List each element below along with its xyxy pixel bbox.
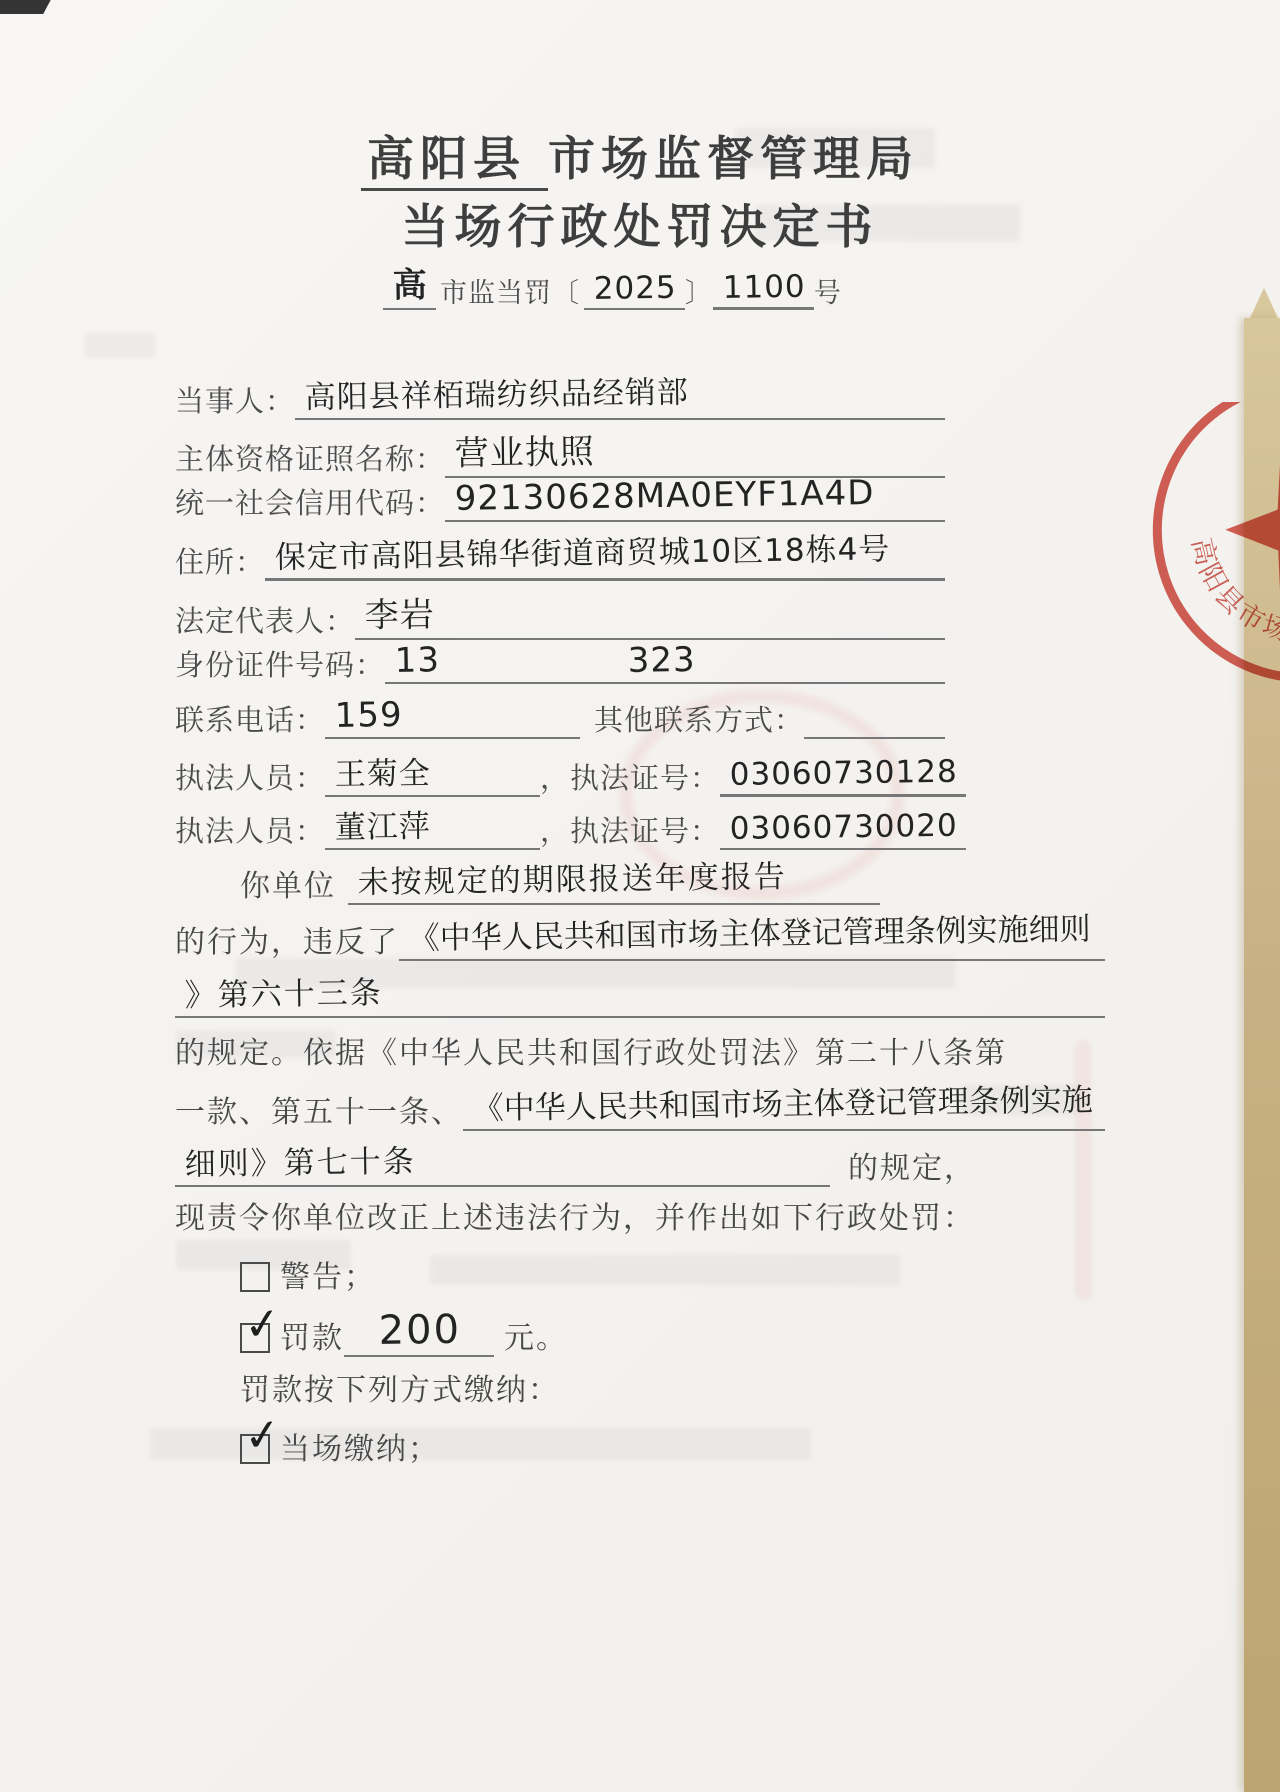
field-license-value: 营业执照 bbox=[444, 424, 603, 476]
field-address-label: 住所： bbox=[175, 540, 265, 581]
fine-amount: 200 bbox=[368, 1307, 469, 1355]
basis-line1: 的规定。依据《中华人民共和国行政处罚法》第二十八条第 bbox=[175, 1028, 1105, 1072]
payment-option-on-spot: ✓ 当场缴纳； bbox=[240, 1424, 440, 1468]
order-line: 现责令你单位改正上述违法行为，并作出如下行政处罚： bbox=[175, 1193, 1105, 1237]
violation-act: 未按规定的期限报送年度报告 bbox=[347, 851, 795, 903]
scanned-penalty-decision-document: 高阳县市场监督管理局 当场行政处罚决定书 高 市监当罚〔 2025 〕 1100… bbox=[0, 0, 1280, 1792]
field-party: 当事人： 高阳县祥栢瑞纺织品经销部 bbox=[175, 372, 945, 420]
field-id-number-part2: 323 bbox=[618, 640, 704, 682]
warning-label: 警告； bbox=[280, 1252, 376, 1296]
issuer-county-underlined: 高阳县 bbox=[361, 134, 548, 191]
pay-on-spot-label: 当场缴纳； bbox=[280, 1424, 440, 1468]
violated-law-hand2: 》第六十三条 bbox=[174, 967, 391, 1016]
field-officer-2: 执法人员： 董江萍 ， 执法证号： 03060730020 bbox=[175, 802, 945, 850]
doc-no-year: 2025 bbox=[583, 270, 684, 308]
basis-line2-printed: 一款、第五十一条、 bbox=[175, 1087, 463, 1131]
doc-no-serial: 1100 bbox=[712, 269, 813, 307]
field-id-number: 身份证件号码： 13 323 bbox=[175, 641, 945, 684]
officer2-name: 董江萍 bbox=[324, 800, 439, 848]
bleed-through-smudge bbox=[85, 332, 155, 358]
check-mark-icon: ✓ bbox=[242, 1412, 285, 1460]
basis-line2-hand: 《中华人民共和国市场主体登记管理条例实施 bbox=[462, 1074, 1101, 1129]
officer1-label: 执法人员： bbox=[175, 756, 325, 797]
field-phone-label: 联系电话： bbox=[175, 698, 325, 739]
field-phone-value: 159 bbox=[324, 695, 410, 737]
field-party-label: 当事人： bbox=[175, 379, 295, 420]
payment-intro-text: 罚款按下列方式缴纳： bbox=[240, 1365, 560, 1409]
payment-intro-line: 罚款按下列方式缴纳： bbox=[240, 1365, 560, 1409]
field-party-value: 高阳县祥栢瑞纺织品经销部 bbox=[294, 366, 697, 418]
fine-unit: 元。 bbox=[504, 1313, 568, 1357]
violated-law-line1: 的行为，违反了 《中华人民共和国市场主体登记管理条例实施细则 bbox=[175, 913, 1105, 961]
field-credit-code-value: 92130628MA0EYF1A4D bbox=[444, 473, 882, 520]
violated-prefix: 的行为，违反了 bbox=[175, 917, 399, 961]
doc-no-hand-prefix: 高 bbox=[382, 257, 436, 308]
violation-intro-line: 你单位 未按规定的期限报送年度报告 bbox=[240, 857, 880, 905]
field-address-value: 保定市高阳县锦华街道商贸城10区18栋4号 bbox=[264, 523, 898, 578]
field-other-contact-value bbox=[804, 736, 822, 737]
document-issuer-title: 高阳县市场监督管理局 bbox=[0, 122, 1280, 189]
officer1-cert-no: 03060730128 bbox=[720, 754, 966, 794]
field-address: 住所： 保定市高阳县锦华街道商贸城10区18栋4号 bbox=[175, 532, 945, 581]
officer2-separator: ， bbox=[540, 809, 570, 850]
unit-intro: 你单位 bbox=[240, 861, 336, 905]
doc-no-suffix: 号 bbox=[814, 271, 842, 310]
field-legal-rep-value: 李岩 bbox=[354, 587, 443, 638]
fine-checkbox: ✓ bbox=[240, 1323, 270, 1353]
doc-no-prefix: 市监当罚〔 bbox=[436, 271, 584, 310]
field-officer-1: 执法人员： 王菊全 ， 执法证号： 03060730128 bbox=[175, 749, 945, 797]
warning-checkbox bbox=[240, 1262, 270, 1292]
field-legal-rep-label: 法定代表人： bbox=[175, 599, 355, 640]
penalty-option-warning: 警告； bbox=[240, 1252, 376, 1296]
field-id-number-label: 身份证件号码： bbox=[175, 643, 385, 684]
field-license-label: 主体资格证照名称： bbox=[175, 437, 445, 478]
pay-on-spot-checkbox: ✓ bbox=[240, 1434, 270, 1464]
page-edge-shadow-tip bbox=[1248, 288, 1280, 322]
document-type-title: 当场行政处罚决定书 bbox=[0, 190, 1280, 257]
officer2-label: 执法人员： bbox=[175, 809, 325, 850]
scan-corner-mark bbox=[0, 0, 53, 14]
order-line-text: 现责令你单位改正上述违法行为，并作出如下行政处罚： bbox=[175, 1193, 975, 1237]
officer1-name: 王菊全 bbox=[324, 747, 439, 795]
field-legal-rep: 法定代表人： 李岩 bbox=[175, 588, 945, 640]
field-id-number-part1: 13 bbox=[384, 640, 448, 682]
violated-law-line2: 》第六十三条 bbox=[175, 970, 1105, 1018]
official-red-seal: 高阳县市场监督管理局 bbox=[1112, 402, 1280, 754]
basis-suffix: 的规定， bbox=[848, 1143, 976, 1187]
field-license-name: 主体资格证照名称： 营业执照 bbox=[175, 426, 945, 478]
basis-line1-text: 的规定。依据《中华人民共和国行政处罚法》第二十八条第 bbox=[175, 1028, 1007, 1072]
bleed-through-smudge bbox=[430, 1255, 900, 1285]
officer2-cert-no: 03060730020 bbox=[720, 808, 966, 848]
officer1-separator: ， bbox=[540, 756, 570, 797]
officer1-cert-label: 执法证号： bbox=[570, 756, 720, 797]
field-phone: 联系电话： 159 其他联系方式： bbox=[175, 696, 945, 739]
check-mark-icon: ✓ bbox=[242, 1301, 285, 1349]
penalty-option-fine: ✓ 罚款 200 元。 bbox=[240, 1308, 568, 1357]
officer2-cert-label: 执法证号： bbox=[570, 809, 720, 850]
seal-authority-text: 高阳县市场监督管理局 bbox=[1112, 402, 1280, 710]
field-credit-code: 统一社会信用代码： 92130628MA0EYF1A4D bbox=[175, 479, 945, 522]
document-number-line: 高 市监当罚〔 2025 〕 1100 号 bbox=[383, 258, 842, 310]
basis-line3: 细则》第七十条 的规定， bbox=[175, 1139, 1105, 1187]
basis-line2: 一款、第五十一条、 《中华人民共和国市场主体登记管理条例实施 bbox=[175, 1083, 1105, 1131]
doc-no-bracket: 〕 bbox=[685, 271, 713, 310]
basis-line3-hand: 细则》第七十条 bbox=[174, 1136, 424, 1185]
field-credit-code-label: 统一社会信用代码： bbox=[175, 481, 445, 522]
svg-text:高阳县市场监督管理局: 高阳县市场监督管理局 bbox=[1112, 402, 1280, 710]
violated-law-hand1: 《中华人民共和国市场主体登记管理条例实施细则 bbox=[398, 903, 1099, 959]
fine-label: 罚款 bbox=[280, 1313, 344, 1357]
field-other-contact-label: 其他联系方式： bbox=[594, 698, 804, 739]
issuer-bureau: 市场监督管理局 bbox=[548, 134, 919, 186]
